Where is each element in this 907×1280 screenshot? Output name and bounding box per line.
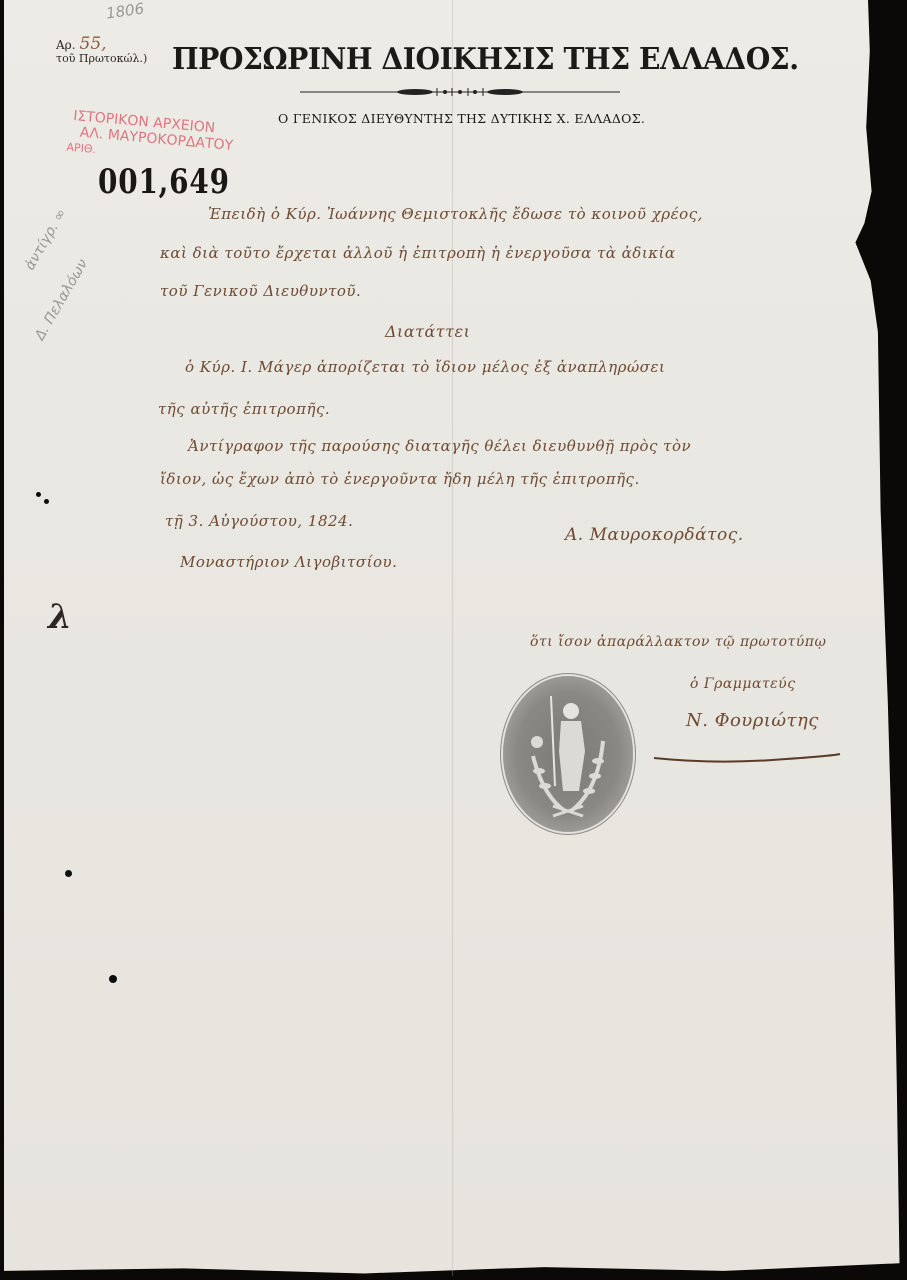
ink-dot bbox=[109, 975, 117, 983]
protocol-ref-number: 55, bbox=[80, 34, 107, 54]
body-p2-line1: ὁ Κύρ. Ι. Μάγερ ἀπορίζεται τὸ ἴδιον μέλο… bbox=[185, 358, 665, 376]
protocol-ref-prefix: Αρ. bbox=[56, 38, 76, 52]
seal-athena-icon bbox=[503, 676, 633, 832]
certification-signature: Ν. Φουριώτης bbox=[686, 710, 819, 731]
body-signature: Α. Μαυροκορδάτος. bbox=[565, 525, 744, 545]
document-subtitle: Ο ΓΕΝΙΚΟΣ ΔΙΕΥΘΥΝΤΗΣ ΤΗΣ ΔΥΤΙΚΗΣ Χ. ΕΛΛΑ… bbox=[278, 111, 645, 126]
document-title: ΠΡΟΣΩΡΙΝΗ ΔΙΟΙΚΗΣΙΣ ΤΗΣ ΕΛΛΑΔΟΣ. bbox=[172, 42, 799, 77]
body-p3-line2: ἴδιον, ὡς ἔχων ἀπὸ τὸ ἐνεργοῦντα ἤδη μέλ… bbox=[160, 470, 640, 488]
body-p1-line3: τοῦ Γενικοῦ Διευθυντοῦ. bbox=[160, 282, 361, 300]
ink-dot bbox=[44, 499, 49, 504]
body-p2-line2: τῆς αὐτῆς ἐπιτροπῆς. bbox=[158, 400, 330, 418]
protocol-reference: Αρ.55, τοῦ Πρωτοκώλ.) bbox=[56, 34, 147, 65]
body-p1-line1: Ἐπειδὴ ὁ Κύρ. Ἰωάννης Θεμιστοκλῆς ἔδωσε … bbox=[208, 205, 703, 223]
ornament-divider-icon bbox=[300, 88, 620, 96]
certification-line1: ὅτι ἴσον ἀπαράλλακτον τῷ πρωτοτύπῳ bbox=[530, 634, 826, 650]
ink-dot bbox=[36, 492, 41, 497]
body-date: τῇ 3. Αὐγούστου, 1824. bbox=[165, 512, 353, 530]
protocol-ref-suffix: τοῦ Πρωτοκώλ.) bbox=[56, 52, 147, 65]
body-place: Μοναστήριον Λιγοβιτσίου. bbox=[180, 553, 397, 571]
body-p3-line1: Ἀντίγραφον τῆς παρούσης διαταγῆς θέλει δ… bbox=[188, 437, 691, 455]
ink-dot bbox=[65, 870, 72, 877]
signature-flourish-icon bbox=[652, 752, 842, 764]
margin-mark: λ bbox=[48, 597, 72, 637]
body-heading: Διατάττει bbox=[385, 322, 470, 341]
certification-line2: ὁ Γραμματεύς bbox=[690, 676, 796, 692]
seal-figure-icon bbox=[503, 676, 633, 832]
archive-number: 001,649 bbox=[98, 162, 230, 202]
paper-fold-line bbox=[452, 0, 453, 1276]
body-p1-line2: καὶ διὰ τοῦτο ἔρχεται ἀλλοῦ ἡ ἐπιτροπὴ ἡ… bbox=[160, 244, 676, 262]
